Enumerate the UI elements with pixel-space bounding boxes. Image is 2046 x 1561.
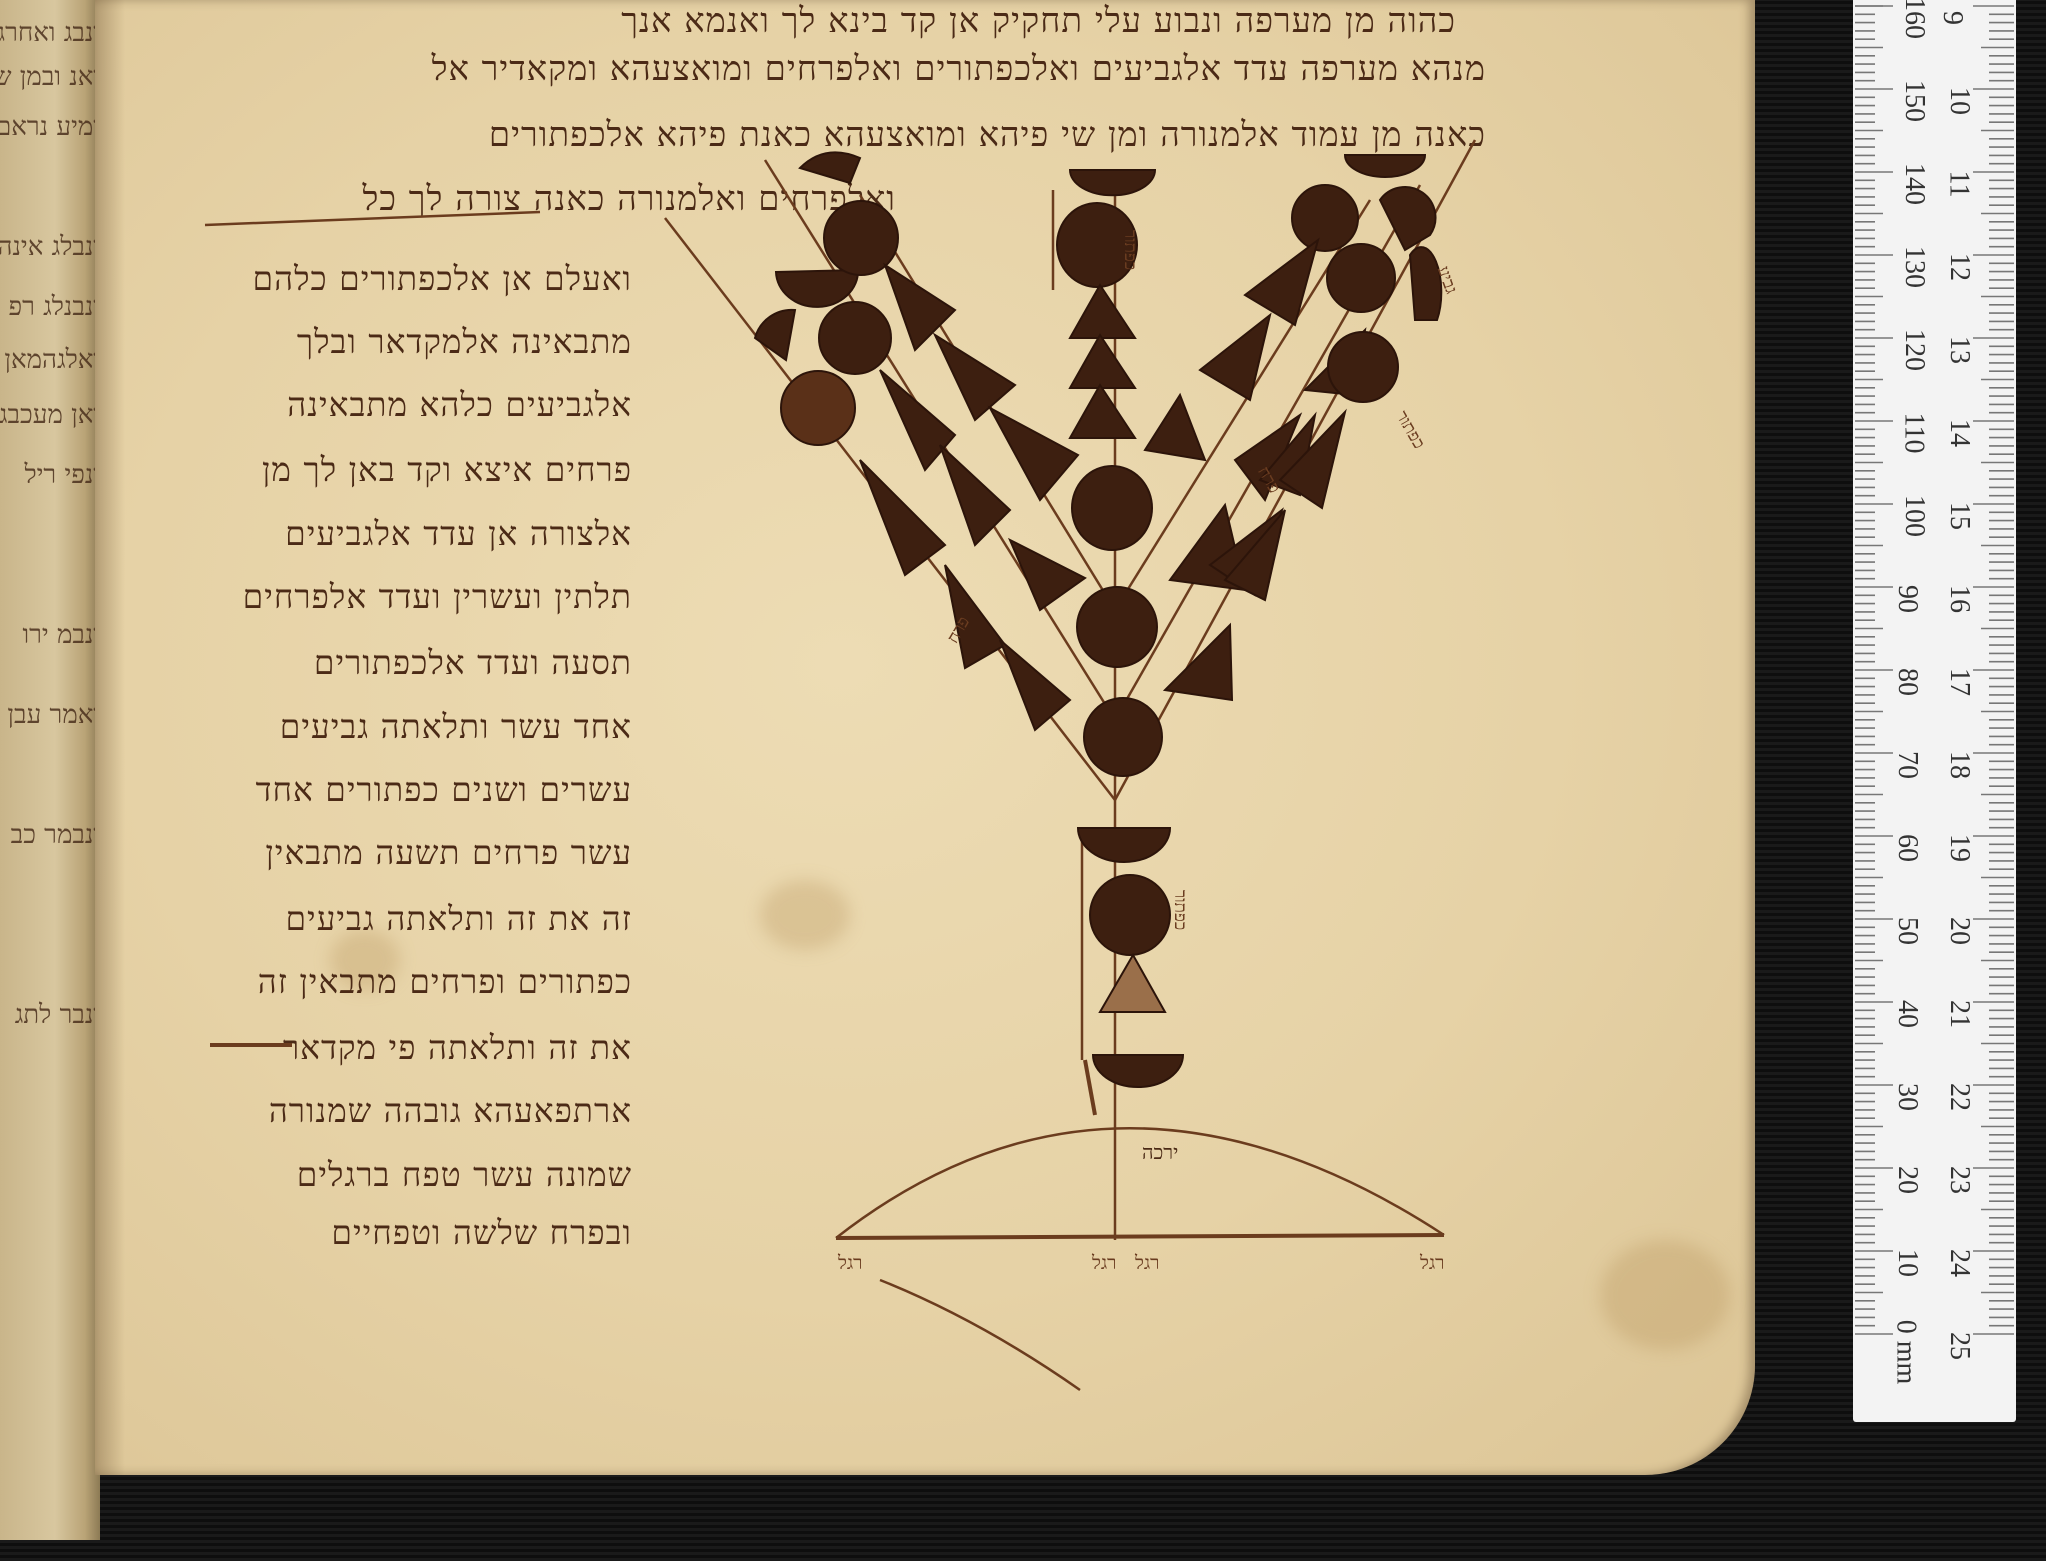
cup-icon — [800, 152, 860, 183]
ruler-cm-label: 25 — [1943, 1332, 1975, 1360]
ruler-mm-label: 150 — [1898, 80, 1930, 122]
flower-icon — [860, 460, 945, 575]
cup-icon — [755, 310, 795, 360]
ruler-cm-label: 12 — [1943, 253, 1975, 281]
ruler-cm-label: 20 — [1943, 917, 1975, 945]
ruler-cm-label: 13 — [1943, 336, 1975, 364]
ruler-cm-label: 11 — [1942, 171, 1974, 198]
flower-icon — [1010, 540, 1085, 610]
ruler-mm-label: 110 — [1897, 413, 1929, 454]
flower-icon — [1245, 240, 1318, 325]
ruler-cm-label: 18 — [1943, 751, 1975, 779]
element-label: כפתור — [1120, 230, 1140, 270]
foot-label: רגל — [1420, 1252, 1445, 1275]
flower-icon — [1070, 335, 1135, 388]
knob-icon — [1327, 244, 1395, 312]
ruler-mm-label: 60 — [1891, 834, 1923, 862]
ruler-mm-label: 50 — [1891, 917, 1923, 945]
knob-icon — [819, 302, 891, 374]
ruler-mm-label: 0 mm — [1889, 1320, 1921, 1385]
cup-icon — [776, 270, 858, 307]
scale-ruler: 160 150 140 130 120 110 100 90 80 70 60 … — [1853, 0, 2016, 1422]
cup-icon — [1410, 247, 1441, 320]
foot-label: רגל — [1135, 1252, 1160, 1275]
base-label: ירכה — [1142, 1140, 1178, 1165]
ruler-mm-label: 130 — [1898, 246, 1930, 288]
cup-icon — [1345, 155, 1425, 177]
ruler-mm-label: 100 — [1898, 495, 1930, 537]
ruler-mm-label: 140 — [1898, 163, 1930, 205]
flower-icon — [940, 445, 1010, 545]
knob-icon — [1077, 587, 1157, 667]
flower-icon — [1100, 955, 1165, 1012]
ruler-mm-label: 70 — [1891, 751, 1923, 779]
flower-icon — [990, 408, 1078, 500]
foot-label: רגל — [838, 1252, 863, 1275]
ruler-mm-label: 40 — [1891, 1000, 1923, 1028]
ruler-cm-label: 23 — [1943, 1166, 1975, 1194]
ruler-cm-label: 24 — [1943, 1249, 1975, 1277]
ruler-cm-label: 22 — [1943, 1083, 1975, 1111]
ruler-ticks — [1853, 0, 2016, 1422]
ruler-mm-label: 120 — [1898, 329, 1930, 371]
ruler-mm-label: 160 — [1898, 0, 1930, 39]
knob-icon — [781, 371, 855, 445]
ruler-cm-label: 10 — [1943, 87, 1975, 115]
ruler-mm-label: 10 — [1891, 1249, 1923, 1277]
knob-icon — [1084, 698, 1162, 776]
ruler-mm-label: 90 — [1891, 585, 1923, 613]
flower-icon — [1070, 285, 1135, 338]
knob-icon — [1072, 466, 1152, 550]
ruler-mm-label: 80 — [1891, 668, 1923, 696]
ruler-mm-label: 30 — [1891, 1083, 1923, 1111]
ruler-mm-label: 20 — [1891, 1166, 1923, 1194]
cup-icon — [1093, 1055, 1183, 1087]
ruler-cm-label: 21 — [1943, 1000, 1975, 1028]
foot-label: רגל — [1092, 1252, 1117, 1275]
ruler-cm-label: 14 — [1943, 419, 1975, 447]
ruler-cm-label: 17 — [1943, 668, 1975, 696]
knob-icon — [824, 201, 898, 275]
flower-icon — [1070, 385, 1135, 438]
flower-icon — [885, 265, 955, 350]
knob-icon — [1328, 332, 1398, 402]
knob-icon — [1292, 185, 1358, 251]
menorah-diagram — [0, 0, 2046, 1561]
menorah-ornaments — [755, 152, 1441, 1087]
flower-icon — [1145, 395, 1205, 460]
flower-icon — [1200, 315, 1270, 400]
cup-icon — [1078, 828, 1170, 862]
cup-icon — [1070, 170, 1155, 195]
ruler-cm-label: 15 — [1943, 502, 1975, 530]
ruler-cm-label: 16 — [1943, 585, 1975, 613]
flower-icon — [1000, 640, 1070, 730]
knob-icon — [1090, 875, 1170, 955]
element-label: כפתור — [1170, 890, 1190, 930]
flower-icon — [1165, 625, 1232, 700]
ruler-cm-label: 19 — [1943, 834, 1975, 862]
flower-icon — [935, 335, 1015, 420]
ruler-cm-label: 9 — [1936, 11, 1968, 25]
